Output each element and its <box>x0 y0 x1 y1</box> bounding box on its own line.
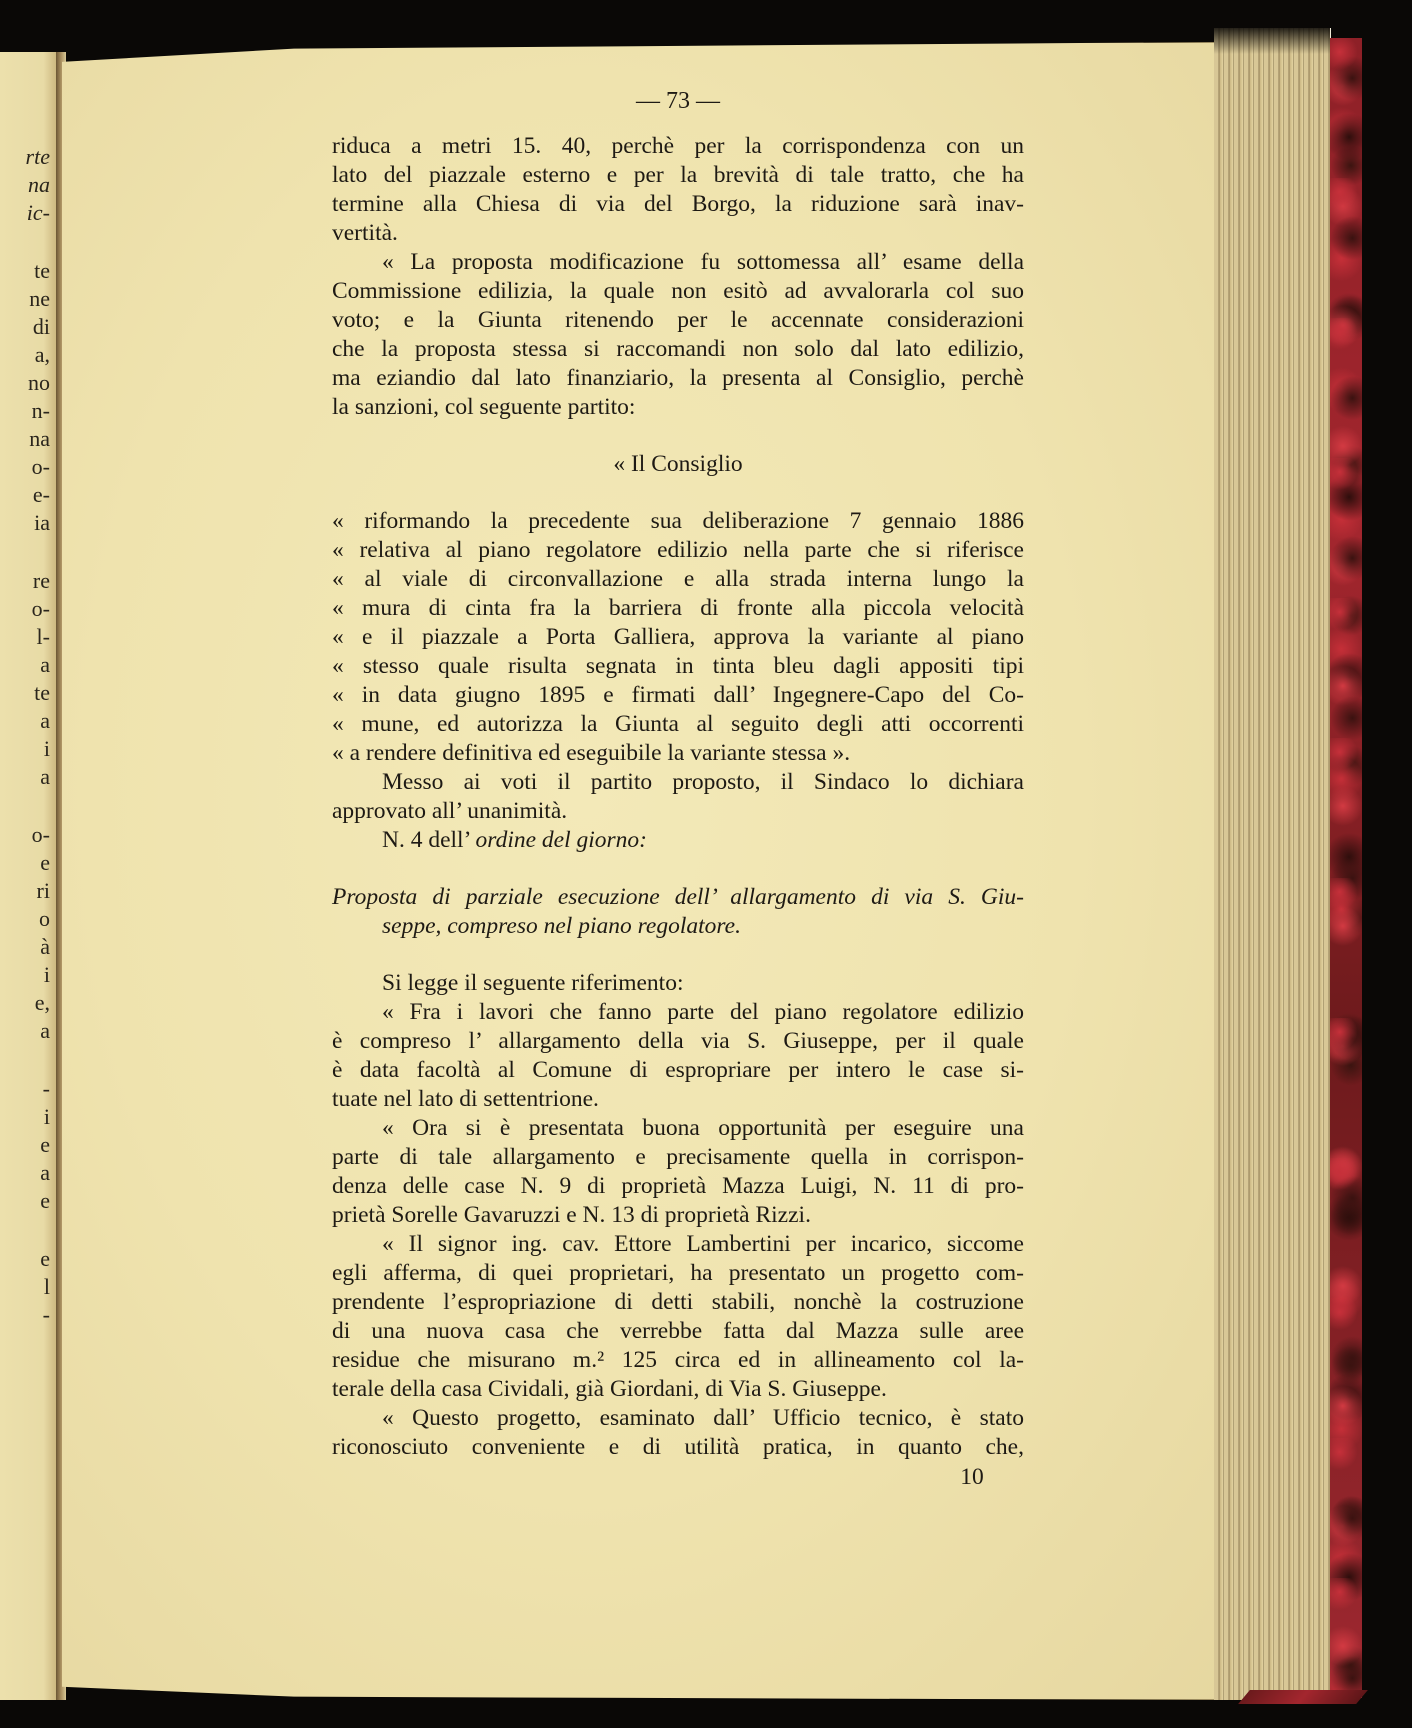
left-page-text-fragment: ri <box>37 878 50 904</box>
text-line: prietà Sorelle Gavaruzzi e N. 13 di prop… <box>332 1201 1024 1230</box>
text-line: Commissione edilizia, la quale non esitò… <box>332 277 1024 306</box>
resolution-line: « riformando la precedente sua deliberaz… <box>332 507 1024 536</box>
agenda-item-label: ordine del giorno: <box>476 827 647 853</box>
left-page-text-fragment: e <box>40 1132 50 1158</box>
left-page-text-fragment: a, <box>35 342 50 368</box>
left-page-edge: rtenaic-tenedia,non-nao-e-iareo-l-ateaia… <box>0 52 62 1700</box>
left-page-text-fragment: e <box>40 850 50 876</box>
left-page-text-fragment: o <box>39 906 50 932</box>
left-page-text-fragment: na <box>28 172 50 198</box>
text-line: tuate nel lato di settentrione. <box>332 1085 1024 1114</box>
left-page-text-fragment: a <box>40 708 50 734</box>
text-line: « Questo progetto, esaminato dall’ Uffic… <box>332 1404 1024 1433</box>
left-page-text-fragment: o- <box>32 822 50 848</box>
section-title: seppe, compreso nel piano regolatore. <box>332 912 1024 941</box>
left-page-text-fragment: a <box>40 1160 50 1186</box>
text-line: è compreso l’ allargamento della via S. … <box>332 1027 1024 1056</box>
text-line: vertità. <box>332 219 1024 248</box>
left-page-text-fragment: - <box>43 1302 50 1328</box>
left-page-text-fragment: l- <box>37 624 50 650</box>
cover-bottom-corner <box>1238 1690 1368 1704</box>
left-page-text-fragment: e- <box>33 482 50 508</box>
text-line: riconosciuto conveniente e di utilità pr… <box>332 1433 1024 1462</box>
left-page-text-fragment: a <box>40 1018 50 1044</box>
resolution-line: « mura di cinta fra la barriera di front… <box>332 594 1024 623</box>
left-page-text-fragment: e, <box>35 990 50 1016</box>
signature-mark: 10 <box>942 1464 1002 1491</box>
left-page-text-fragment: i <box>44 962 50 988</box>
left-page-text-fragment: rte <box>26 144 50 170</box>
left-page-text-fragment: o- <box>32 454 50 480</box>
text-line: termine alla Chiesa di via del Borgo, la… <box>332 190 1024 219</box>
left-page-text-fragment: ia <box>34 510 50 536</box>
left-page-text-fragment: i <box>44 1104 50 1130</box>
resolution-heading: « Il Consiglio <box>332 450 1024 479</box>
resolution-line: « mune, ed autorizza la Giunta al seguit… <box>332 710 1024 739</box>
resolution-line: « relativa al piano regolatore edilizio … <box>332 536 1024 565</box>
book-scan: rtenaic-tenedia,non-nao-e-iareo-l-ateaia… <box>0 0 1412 1728</box>
page-number: — 73 — <box>332 88 1024 115</box>
left-page-text-fragment: ic- <box>27 200 50 226</box>
text-line: lato del piazzale esterno e per la brevi… <box>332 161 1024 190</box>
left-page-text-fragment: - <box>43 1076 50 1102</box>
text-line: « Il signor ing. cav. Ettore Lambertini … <box>332 1230 1024 1259</box>
text-line: denza delle case N. 9 di proprietà Mazza… <box>332 1172 1024 1201</box>
left-page-text-fragment: te <box>34 258 50 284</box>
text-line: Si legge il seguente riferimento: <box>332 969 1024 998</box>
left-page-text-fragment: a <box>40 652 50 678</box>
page-stack-shadow <box>1214 24 1330 54</box>
text-line: di una nuova casa che verrebbe fatta dal… <box>332 1317 1024 1346</box>
resolution-line: « al viale di circonvallazione e alla st… <box>332 565 1024 594</box>
text-line: ma eziandio dal lato finanziario, la pre… <box>332 364 1024 393</box>
left-page-text-fragment: à <box>40 934 50 960</box>
text-line: voto; e la Giunta ritenendo per le accen… <box>332 306 1024 335</box>
text-line: egli afferma, di quei proprietari, ha pr… <box>332 1259 1024 1288</box>
text-line: residue che misurano m.² 125 circa ed in… <box>332 1346 1024 1375</box>
left-page-text-fragment: di <box>33 314 50 340</box>
text-line: che la proposta stessa si raccomandi non… <box>332 335 1024 364</box>
resolution-line: « e il piazzale a Porta Galliera, approv… <box>332 623 1024 652</box>
left-page-text-fragment: e <box>40 1188 50 1214</box>
text-line: « Ora si è presentata buona opportunità … <box>332 1114 1024 1143</box>
text-line: prendente l’espropriazione di detti stab… <box>332 1288 1024 1317</box>
resolution-line: « in data giugno 1895 e firmati dall’ In… <box>332 681 1024 710</box>
text-line: la sanzioni, col seguente partito: <box>332 393 1024 422</box>
left-page-text-fragment: re <box>33 568 50 594</box>
page-stack-edge <box>1214 28 1331 1700</box>
text-line: Messo ai voti il partito proposto, il Si… <box>332 768 1024 797</box>
left-page-text-fragment: na <box>29 426 50 452</box>
left-page-text-fragment: no <box>28 370 50 396</box>
left-page-text-fragment: e <box>40 1246 50 1272</box>
left-page-text-fragment: i <box>44 736 50 762</box>
marbled-cover-edge <box>1330 38 1362 1698</box>
left-page-text-fragment: l <box>44 1274 50 1300</box>
left-page-text-fragment: ne <box>29 286 50 312</box>
text-line: « Fra i lavori che fanno parte del piano… <box>332 998 1024 1027</box>
resolution-line: « a rendere definitiva ed eseguibile la … <box>332 739 1024 768</box>
left-page-text-fragment: te <box>34 680 50 706</box>
left-page-text-fragment: a <box>40 764 50 790</box>
agenda-item-number: N. 4 dell’ <box>382 827 470 853</box>
agenda-item-line: N. 4 dell’ ordine del giorno: <box>332 826 1024 855</box>
text-line: riduca a metri 15. 40, perchè per la cor… <box>332 132 1024 161</box>
text-line: parte di tale allargamento e precisament… <box>332 1143 1024 1172</box>
text-line: « La proposta modificazione fu sottomess… <box>332 248 1024 277</box>
section-title: Proposta di parziale esecuzione dell’ al… <box>332 883 1024 912</box>
text-line: è data facoltà al Comune di espropriare … <box>332 1056 1024 1085</box>
text-line: terale della casa Cividali, già Giordani… <box>332 1375 1024 1404</box>
text-line: approvato all’ unanimità. <box>332 797 1024 826</box>
left-page-text-fragment: o- <box>32 596 50 622</box>
left-page-text-fragment: n- <box>32 398 50 424</box>
resolution-line: « stesso quale risulta segnata in tinta … <box>332 652 1024 681</box>
